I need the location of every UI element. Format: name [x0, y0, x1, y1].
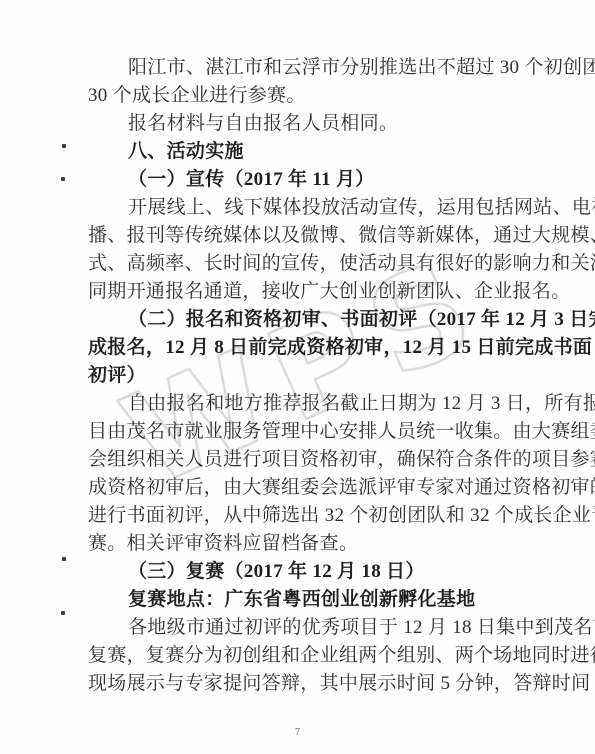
- body-line: 式、高频率、长时间的宣传，使活动具有很好的影响力和关注力，: [88, 250, 518, 278]
- scan-dot-mark: [61, 611, 65, 615]
- body-line: 复赛，复赛分为初创组和企业组两个组别、两个场地同时进行项目: [88, 642, 518, 670]
- subsection-heading-registration: （二）报名和资格初审、书面初评（2017 年 12 月 3 日完: [88, 306, 518, 334]
- body-line: 同期开通报名通道，接收广大创业创新团队、企业报名。: [88, 278, 518, 306]
- scan-dot-mark: [61, 177, 65, 181]
- body-line: 各地级市通过初评的优秀项目于 12 月 18 日集中到茂名市进行: [88, 614, 518, 642]
- subsection-heading-semifinal: （三）复赛（2017 年 12 月 18 日）: [88, 558, 518, 586]
- body-line: 目由茂名市就业服务管理中心安排人员统一收集。由大赛组委: [88, 418, 518, 446]
- subsection-heading-registration: 初评）: [88, 362, 518, 390]
- body-line: 赛。相关评审资料应留档备查。: [88, 530, 518, 558]
- body-line: 成资格初审后，由大赛组委会选派评审专家对通过资格初审的项目: [88, 474, 518, 502]
- body-line: 播、报刊等传统媒体以及微博、微信等新媒体，通过大规模、多形: [88, 222, 518, 250]
- semifinal-venue-line: 复赛地点：广东省粤西创业创新孵化基地: [88, 586, 518, 614]
- body-line: 报名材料与自由报名人员相同。: [88, 110, 518, 138]
- document-body: 阳江市、湛江市和云浮市分别推选出不超过 30 个初创团队和 30 个成长企业进行…: [88, 54, 518, 698]
- body-line: 自由报名和地方推荐报名截止日期为 12 月 3 日，所有报名项: [88, 390, 518, 418]
- scan-dot-mark: [62, 557, 66, 561]
- section-heading: 八、活动实施: [88, 138, 518, 166]
- body-line: 现场展示与专家提问答辩，其中展示时间 5 分钟，答辩时间 3 分钟。: [88, 670, 518, 698]
- body-line: 会组织相关人员进行项目资格初审，确保符合条件的项目参赛；完: [88, 446, 518, 474]
- scanned-document-page: WPS 阳江市、湛江市和云浮市分别推选出不超过 30 个初创团队和 30 个成长…: [0, 0, 595, 754]
- body-line: 阳江市、湛江市和云浮市分别推选出不超过 30 个初创团队和: [88, 54, 518, 82]
- page-number: 7: [0, 727, 595, 738]
- body-line: 进行书面初评，从中筛选出 32 个初创团队和 32 个成长企业晋级复: [88, 502, 518, 530]
- scan-dot-mark: [62, 144, 66, 148]
- subsection-heading-registration: 成报名，12 月 8 日前完成资格初审，12 月 15 日前完成书面: [88, 334, 518, 362]
- body-line: 30 个成长企业进行参赛。: [88, 82, 518, 110]
- subsection-heading-publicity: （一）宣传（2017 年 11 月）: [88, 166, 518, 194]
- body-line: 开展线上、线下媒体投放活动宣传，运用包括网站、电视、广: [88, 194, 518, 222]
